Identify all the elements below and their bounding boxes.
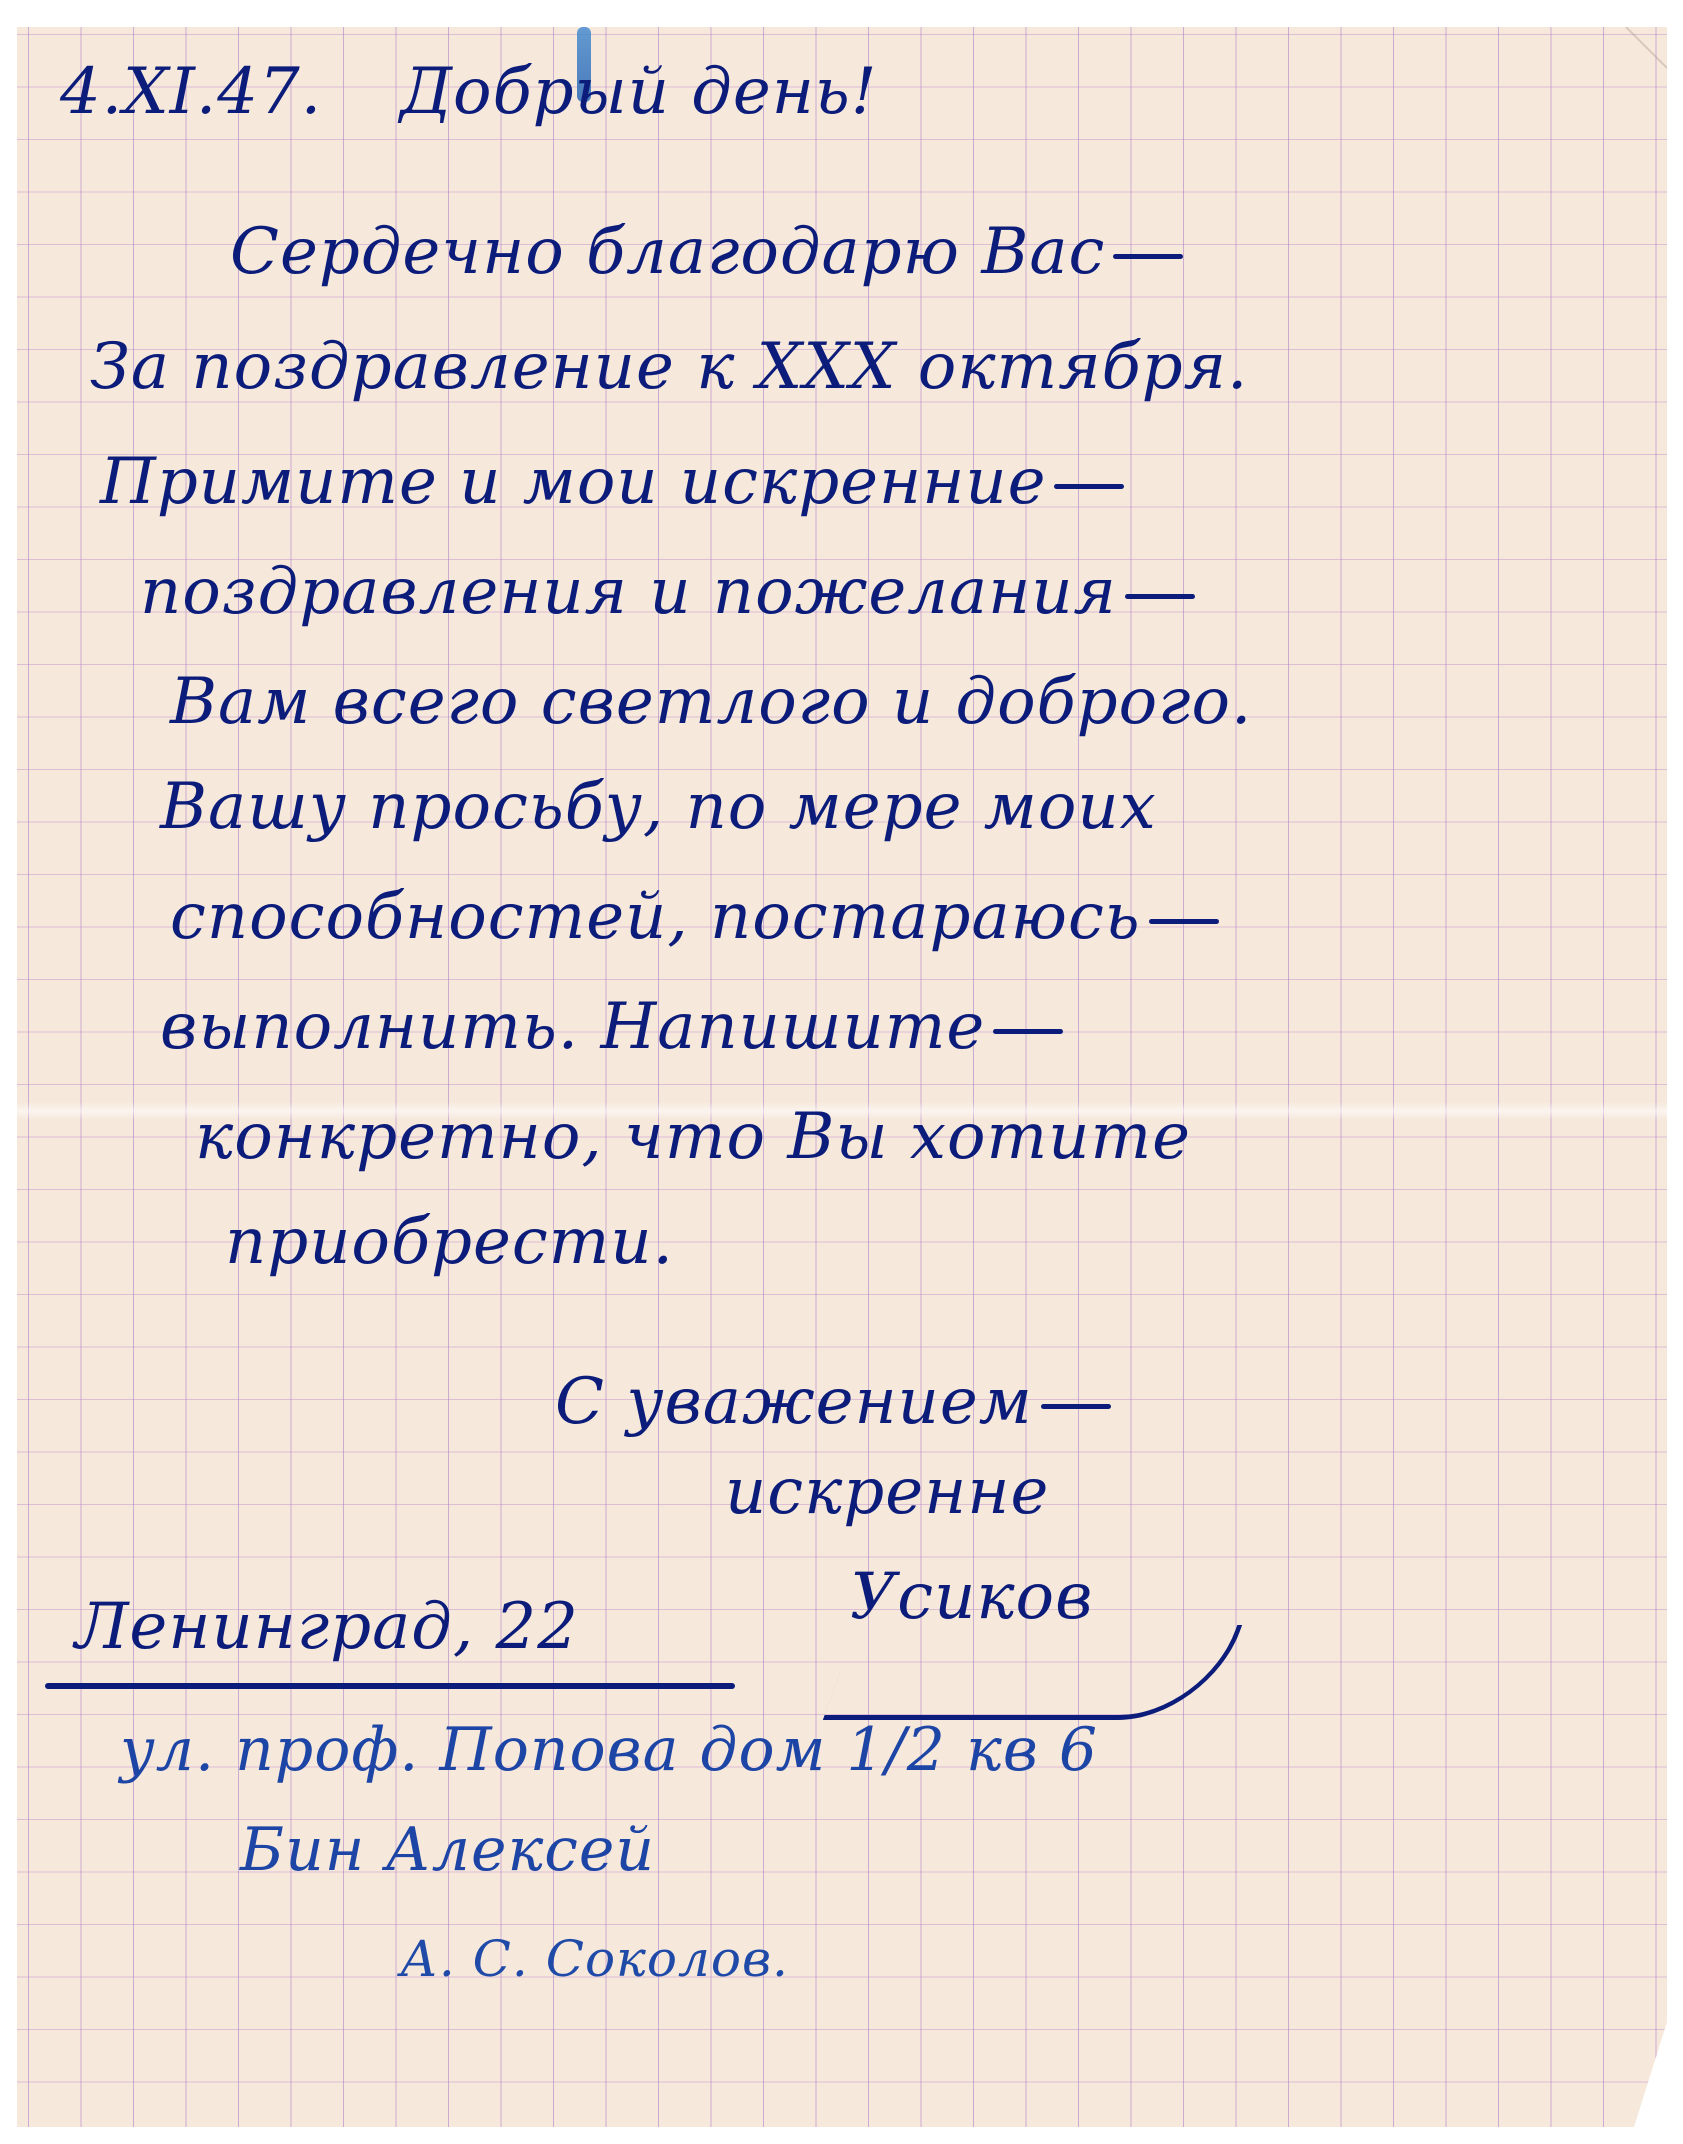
closing-line: искренне bbox=[725, 1455, 1049, 1529]
signature-text: Усиков bbox=[850, 1560, 1093, 1634]
city-text: Ленинград, 22 bbox=[75, 1590, 579, 1664]
closing-line: С уважением bbox=[555, 1365, 1111, 1439]
body-line: За поздравление к XXX октября. bbox=[90, 330, 1248, 404]
street-text: ул. проф. Попова дом 1/2 кв 6 bbox=[120, 1715, 1098, 1785]
body-line-text: Вам всего светлого и доброго. bbox=[170, 665, 1252, 739]
body-line: способностей, постараюсь bbox=[170, 880, 1219, 954]
letter-date: 4.XI.47. bbox=[60, 55, 322, 129]
letter-greeting: Добрый день! bbox=[400, 55, 877, 129]
line-dash bbox=[1125, 594, 1195, 599]
body-line: приобрести. bbox=[225, 1205, 674, 1279]
signature: Усиков bbox=[850, 1560, 1093, 1634]
body-line: Сердечно благодарю Вас bbox=[230, 215, 1183, 289]
date-text: 4.XI.47. bbox=[60, 55, 322, 129]
body-line-text: Вашу просьбу, по мере моих bbox=[160, 770, 1157, 844]
author-text: А. С. Соколов. bbox=[400, 1930, 789, 1988]
line-dash bbox=[1149, 919, 1219, 924]
corner-crease bbox=[1625, 26, 1683, 112]
line-dash bbox=[993, 1029, 1063, 1034]
line-dash bbox=[1041, 1404, 1111, 1409]
body-line: Вам всего светлого и доброго. bbox=[170, 665, 1252, 739]
address-name: Бин Алексей bbox=[240, 1815, 655, 1885]
body-line-text: Сердечно благодарю Вас bbox=[230, 215, 1105, 289]
body-line: конкретно, что Вы хотите bbox=[195, 1100, 1191, 1174]
body-line-text: конкретно, что Вы хотите bbox=[195, 1100, 1191, 1174]
address-street: ул. проф. Попова дом 1/2 кв 6 bbox=[120, 1715, 1098, 1785]
body-line-text: За поздравление к XXX октября. bbox=[90, 330, 1248, 404]
body-line-text: поздравления и пожелания bbox=[140, 555, 1117, 629]
body-line: поздравления и пожелания bbox=[140, 555, 1195, 629]
line-dash bbox=[1054, 484, 1124, 489]
body-line: выполнить. Напишите bbox=[160, 990, 1063, 1064]
body-line-text: выполнить. Напишите bbox=[160, 990, 985, 1064]
recipient-name-text: Бин Алексей bbox=[240, 1815, 655, 1885]
address-underline bbox=[45, 1683, 735, 1689]
closing-text: С уважением bbox=[555, 1365, 1033, 1439]
line-dash bbox=[1113, 254, 1183, 259]
body-line: Вашу просьбу, по мере моих bbox=[160, 770, 1157, 844]
body-line-text: приобрести. bbox=[225, 1205, 674, 1279]
body-line-text: Примите и мои искренние bbox=[100, 445, 1046, 519]
greeting-text: Добрый день! bbox=[400, 55, 877, 129]
closing-text: искренне bbox=[725, 1455, 1049, 1529]
address-city: Ленинград, 22 bbox=[75, 1590, 579, 1664]
body-line: Примите и мои искренние bbox=[100, 445, 1124, 519]
body-line-text: способностей, постараюсь bbox=[170, 880, 1141, 954]
author-annotation: А. С. Соколов. bbox=[400, 1930, 789, 1988]
